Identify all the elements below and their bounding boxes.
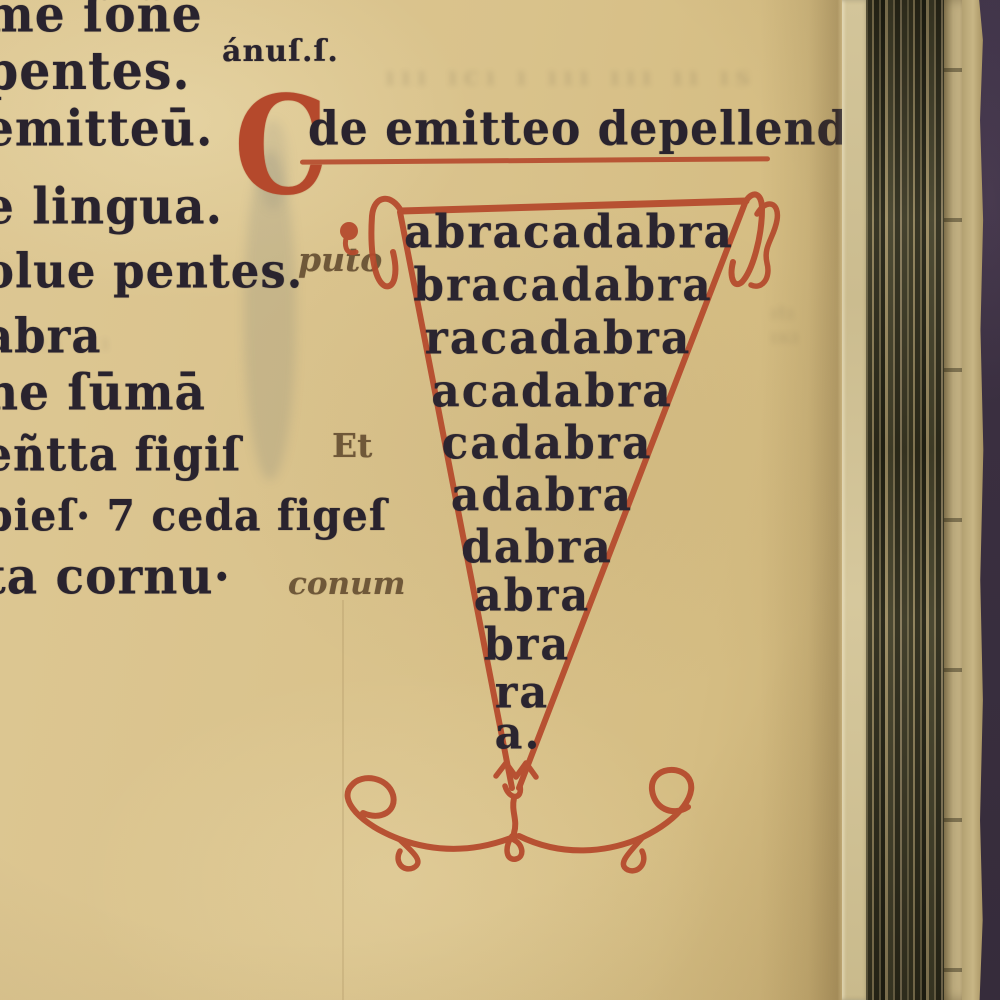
apex-zigzag — [496, 763, 536, 777]
bottom-flourish-right — [519, 770, 691, 851]
bottom-flourish-left — [348, 778, 516, 849]
fore-edge-page-striations — [866, 0, 948, 1000]
corner-hook-left-icon — [371, 199, 401, 287]
charm-row: dabra — [461, 521, 613, 574]
page-curvature-shading — [760, 0, 848, 1000]
charm-row: bracadabra — [413, 259, 713, 312]
charm-row: adabra — [451, 469, 633, 522]
charm-row: cadabra — [441, 417, 652, 470]
charm-row: abra — [474, 570, 590, 622]
charm-row: abracadabra — [404, 206, 734, 259]
manuscript-photo: ııı ıcı ı ııı ııı ıı ıs ıı ııı ıŧııĸı me… — [0, 0, 1000, 1000]
charm-row: bra — [484, 619, 571, 671]
corner-hook-right-icon — [732, 194, 762, 284]
charm-row: acadabra — [431, 365, 673, 418]
charm-row: racadabra — [425, 312, 692, 365]
apex-tail — [513, 798, 515, 833]
fore-edge-outer-leaf — [962, 0, 984, 1000]
charm-row: a. — [495, 708, 542, 760]
parchment-fold-line — [342, 600, 344, 1000]
